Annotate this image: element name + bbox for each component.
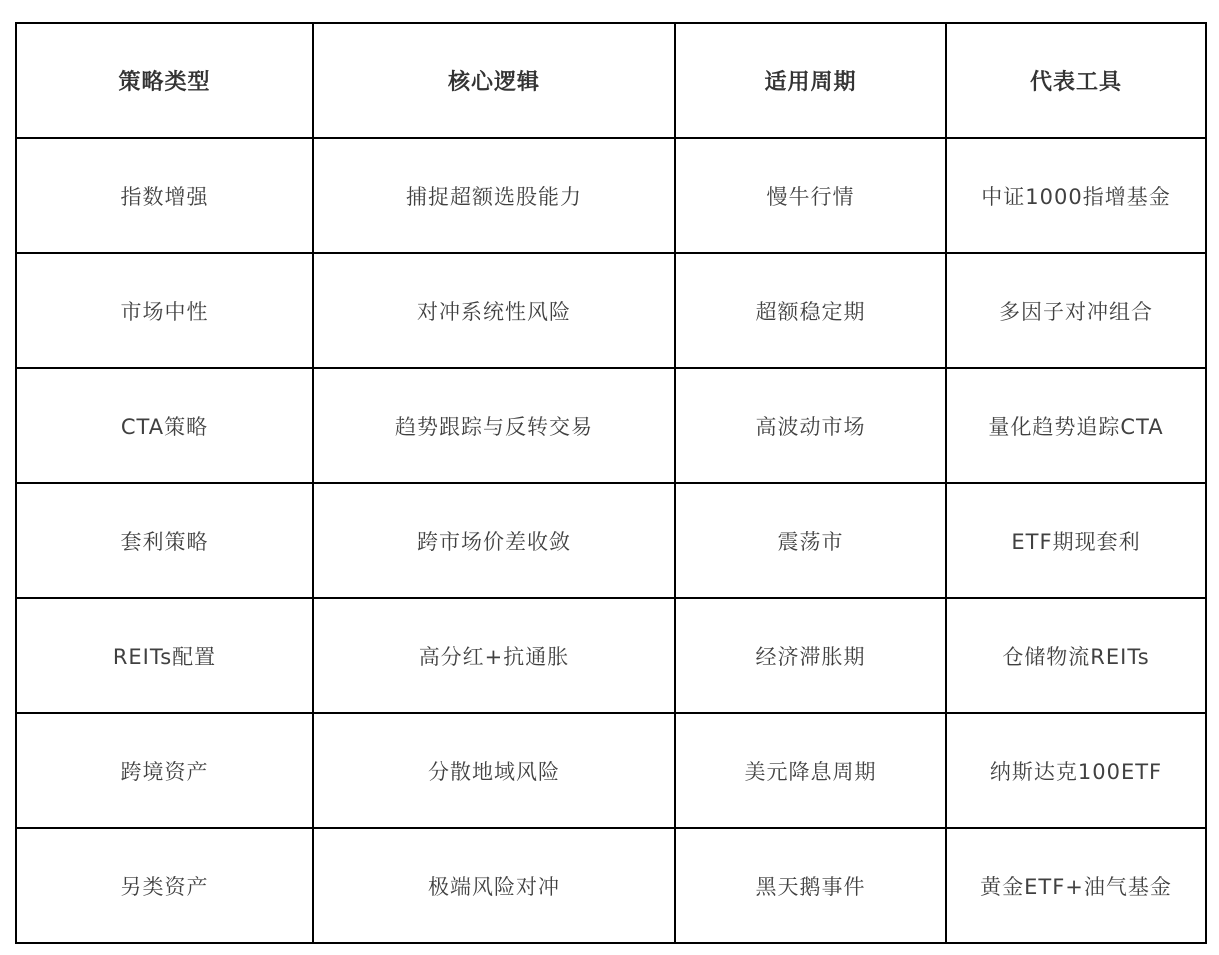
- cell-applicable-cycle: 超额稳定期: [675, 253, 946, 368]
- header-row: 策略类型 核心逻辑 适用周期 代表工具: [16, 23, 1206, 138]
- cell-representative-tool: 仓储物流REITs: [946, 598, 1206, 713]
- strategy-comparison-table: 策略类型 核心逻辑 适用周期 代表工具 指数增强 捕捉超额选股能力 慢牛行情 中…: [15, 22, 1207, 944]
- cell-applicable-cycle: 经济滞胀期: [675, 598, 946, 713]
- cell-applicable-cycle: 黑天鹅事件: [675, 828, 946, 943]
- cell-applicable-cycle: 震荡市: [675, 483, 946, 598]
- cell-representative-tool: 中证1000指增基金: [946, 138, 1206, 253]
- cell-strategy-type: 套利策略: [16, 483, 313, 598]
- col-header-core-logic: 核心逻辑: [313, 23, 675, 138]
- cell-representative-tool: ETF期现套利: [946, 483, 1206, 598]
- col-header-applicable-cycle: 适用周期: [675, 23, 946, 138]
- cell-applicable-cycle: 高波动市场: [675, 368, 946, 483]
- cell-strategy-type: 市场中性: [16, 253, 313, 368]
- table-row: CTA策略 趋势跟踪与反转交易 高波动市场 量化趋势追踪CTA: [16, 368, 1206, 483]
- cell-core-logic: 高分红+抗通胀: [313, 598, 675, 713]
- table-row: 指数增强 捕捉超额选股能力 慢牛行情 中证1000指增基金: [16, 138, 1206, 253]
- cell-representative-tool: 黄金ETF+油气基金: [946, 828, 1206, 943]
- table-row: 套利策略 跨市场价差收敛 震荡市 ETF期现套利: [16, 483, 1206, 598]
- cell-core-logic: 趋势跟踪与反转交易: [313, 368, 675, 483]
- cell-core-logic: 对冲系统性风险: [313, 253, 675, 368]
- cell-strategy-type: 跨境资产: [16, 713, 313, 828]
- cell-strategy-type: 另类资产: [16, 828, 313, 943]
- cell-core-logic: 捕捉超额选股能力: [313, 138, 675, 253]
- cell-core-logic: 跨市场价差收敛: [313, 483, 675, 598]
- cell-strategy-type: REITs配置: [16, 598, 313, 713]
- cell-representative-tool: 多因子对冲组合: [946, 253, 1206, 368]
- cell-representative-tool: 量化趋势追踪CTA: [946, 368, 1206, 483]
- col-header-strategy-type: 策略类型: [16, 23, 313, 138]
- cell-applicable-cycle: 美元降息周期: [675, 713, 946, 828]
- cell-strategy-type: CTA策略: [16, 368, 313, 483]
- table-row: 市场中性 对冲系统性风险 超额稳定期 多因子对冲组合: [16, 253, 1206, 368]
- table-body: 指数增强 捕捉超额选股能力 慢牛行情 中证1000指增基金 市场中性 对冲系统性…: [16, 138, 1206, 943]
- cell-representative-tool: 纳斯达克100ETF: [946, 713, 1206, 828]
- cell-strategy-type: 指数增强: [16, 138, 313, 253]
- page-background: 策略类型 核心逻辑 适用周期 代表工具 指数增强 捕捉超额选股能力 慢牛行情 中…: [0, 0, 1219, 955]
- cell-core-logic: 分散地域风险: [313, 713, 675, 828]
- cell-applicable-cycle: 慢牛行情: [675, 138, 946, 253]
- table-row: REITs配置 高分红+抗通胀 经济滞胀期 仓储物流REITs: [16, 598, 1206, 713]
- col-header-representative-tool: 代表工具: [946, 23, 1206, 138]
- table-row: 另类资产 极端风险对冲 黑天鹅事件 黄金ETF+油气基金: [16, 828, 1206, 943]
- cell-core-logic: 极端风险对冲: [313, 828, 675, 943]
- table-header: 策略类型 核心逻辑 适用周期 代表工具: [16, 23, 1206, 138]
- table-row: 跨境资产 分散地域风险 美元降息周期 纳斯达克100ETF: [16, 713, 1206, 828]
